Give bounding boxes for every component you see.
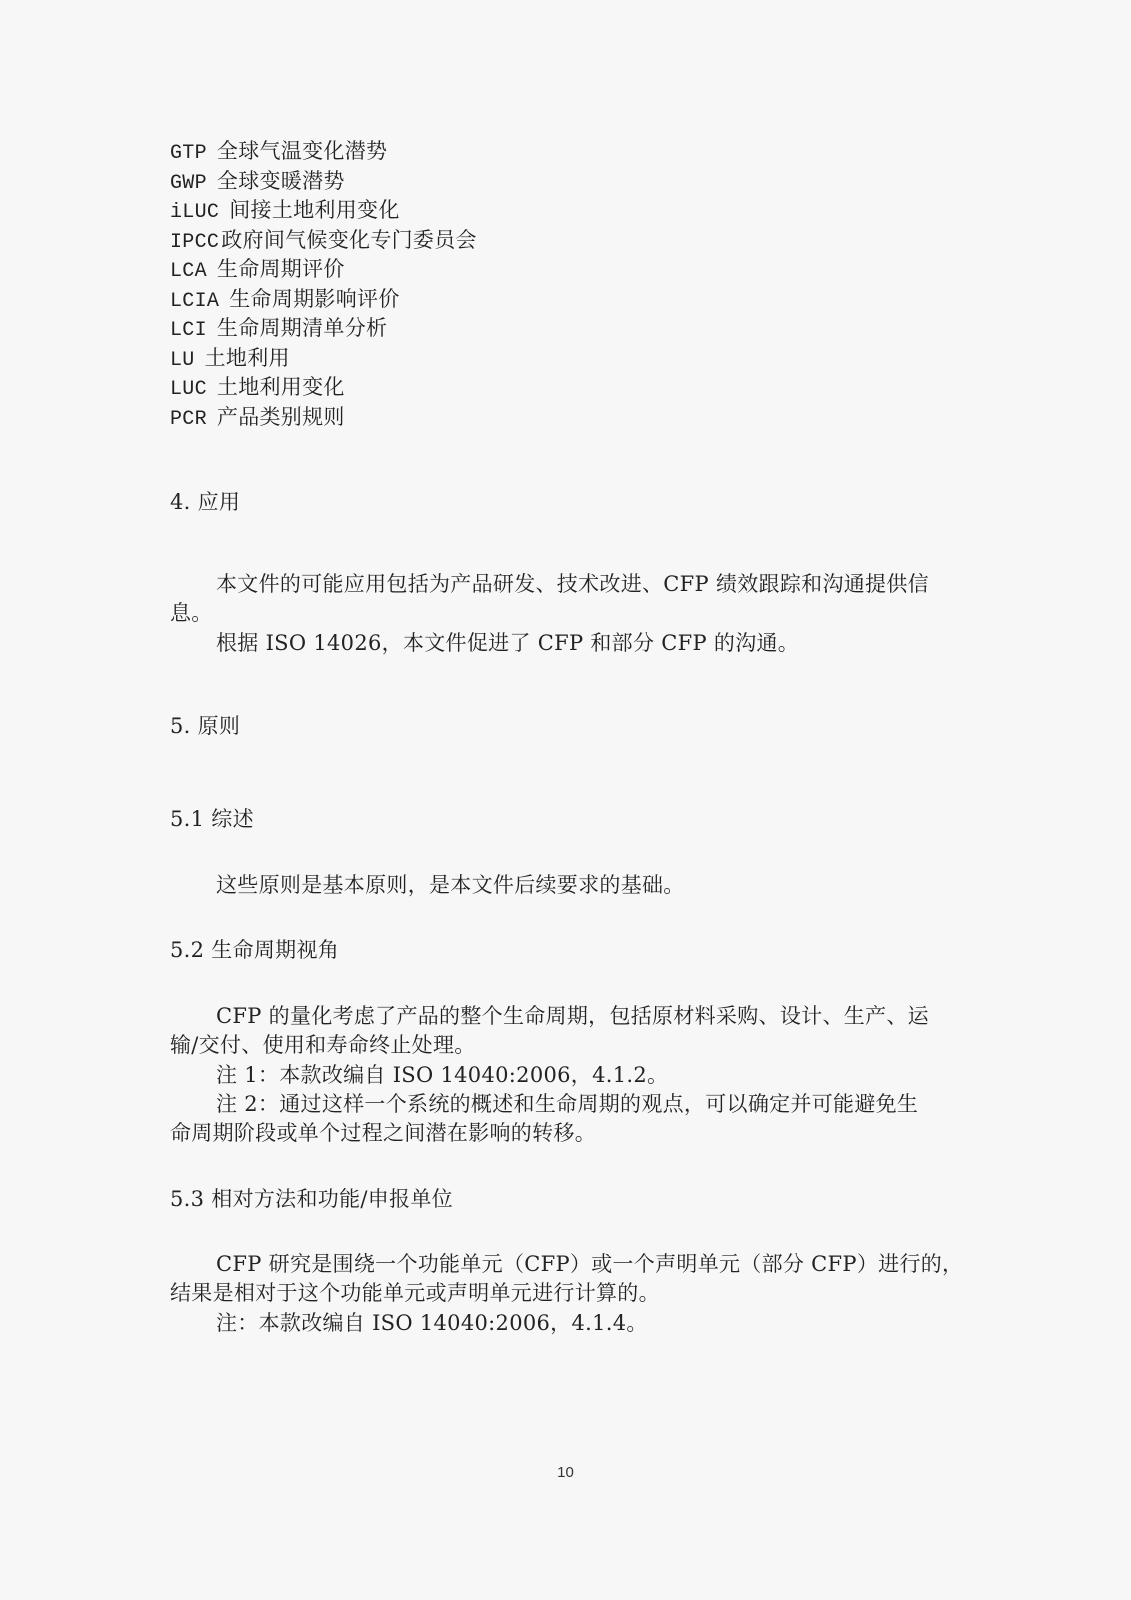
abbreviation-item: GTP全球气温变化潜势 <box>170 137 960 166</box>
paragraph-line: CFP 研究是围绕一个功能单元（CFP）或一个声明单元（部分 CFP）进行的， <box>216 1250 960 1279</box>
note-line: 注 2：通过这样一个系统的概述和生命周期的观点，可以确定并可能避免生 <box>216 1090 960 1119</box>
abbreviation-item: LU土地利用 <box>170 344 960 373</box>
abbreviation-term: LCA <box>170 257 207 286</box>
abbreviation-term: LU <box>170 346 195 375</box>
abbreviation-meaning: 生命周期清单分析 <box>217 316 387 340</box>
note-line: 注：本款改编自 ISO 14040:2006，4.1.4。 <box>216 1309 960 1338</box>
paragraph-line: 根据 ISO 14026，本文件促进了 CFP 和部分 CFP 的沟通。 <box>216 629 960 658</box>
paragraph-line: 这些原则是基本原则，是本文件后续要求的基础。 <box>216 871 960 900</box>
note-line: 注 1：本款改编自 ISO 14040:2006，4.1.2。 <box>216 1061 960 1090</box>
section-heading-5-2: 5.2 生命周期视角 <box>170 936 960 965</box>
abbreviation-term: IPCC <box>170 228 219 257</box>
section-heading-4: 4. 应用 <box>170 488 960 517</box>
abbreviation-meaning: 土地利用变化 <box>217 375 345 399</box>
abbreviation-item: LUC土地利用变化 <box>170 373 960 402</box>
document-page: GTP全球气温变化潜势 GWP全球变暖潜势 iLUC间接土地利用变化 IPCC政… <box>0 0 1131 1600</box>
abbreviation-term: LCI <box>170 316 207 345</box>
abbreviation-item: LCA生命周期评价 <box>170 255 960 284</box>
abbreviation-meaning: 生命周期影响评价 <box>229 287 399 311</box>
note-line: 命周期阶段或单个过程之间潜在影响的转移。 <box>170 1119 960 1148</box>
paragraph-line: CFP 的量化考虑了产品的整个生命周期，包括原材料采购、设计、生产、运 <box>216 1002 960 1031</box>
abbreviation-item: GWP全球变暖潜势 <box>170 167 960 196</box>
paragraph-line: 结果是相对于这个功能单元或声明单元进行计算的。 <box>170 1279 960 1308</box>
paragraph-line: 息。 <box>170 599 960 628</box>
abbreviation-meaning: 政府间气候变化专门委员会 <box>221 228 477 252</box>
abbreviation-item: IPCC政府间气候变化专门委员会 <box>170 226 960 255</box>
abbreviation-term: LCIA <box>170 287 219 316</box>
section-heading-5-1: 5.1 综述 <box>170 805 960 834</box>
abbreviation-term: GTP <box>170 139 207 168</box>
abbreviation-term: LUC <box>170 375 207 404</box>
abbreviation-item: LCI生命周期清单分析 <box>170 314 960 343</box>
abbreviation-meaning: 生命周期评价 <box>217 257 345 281</box>
abbreviation-term: PCR <box>170 405 207 434</box>
paragraph-line: 本文件的可能应用包括为产品研发、技术改进、CFP 绩效跟踪和沟通提供信 <box>216 570 960 599</box>
abbreviation-meaning: 全球气温变化潜势 <box>217 139 387 163</box>
abbreviation-term: iLUC <box>170 198 219 227</box>
abbreviation-meaning: 产品类别规则 <box>217 405 345 429</box>
section-heading-5: 5. 原则 <box>170 712 960 741</box>
abbreviation-meaning: 间接土地利用变化 <box>229 198 399 222</box>
abbreviation-item: LCIA生命周期影响评价 <box>170 285 960 314</box>
page-number: 10 <box>0 1464 1131 1481</box>
abbreviation-meaning: 土地利用 <box>205 346 290 370</box>
abbreviation-item: PCR产品类别规则 <box>170 403 960 432</box>
abbreviation-meaning: 全球变暖潜势 <box>217 169 345 193</box>
paragraph-line: 输/交付、使用和寿命终止处理。 <box>170 1031 960 1060</box>
abbreviation-term: GWP <box>170 169 207 198</box>
abbreviation-item: iLUC间接土地利用变化 <box>170 196 960 225</box>
section-heading-5-3: 5.3 相对方法和功能/申报单位 <box>170 1185 960 1214</box>
